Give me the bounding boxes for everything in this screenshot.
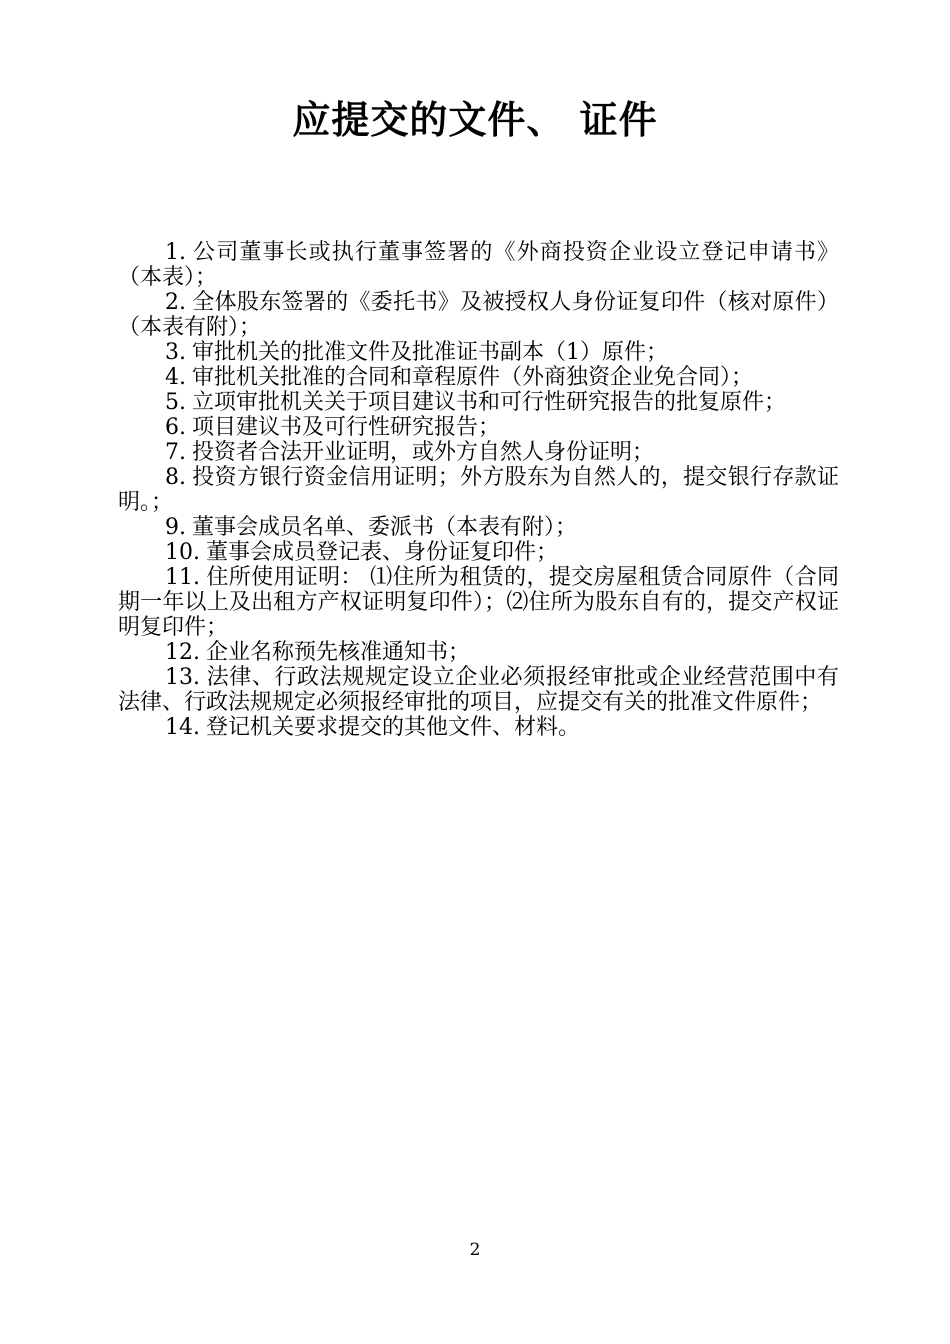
page-title: 应提交的文件、 证件 [0,98,950,142]
item-number: 6. [165,415,186,440]
page-number: 2 [0,1240,950,1260]
item-text: 项目建议书及可行性研究报告； [192,415,500,440]
item-number: 10. [165,540,200,565]
item-text: 立项审批机关关于项目建议书和可行性研究报告的批复原件； [192,390,786,415]
item-number: 9. [165,515,186,540]
item-text: 投资者合法开业证明，或外方自然人身份证明； [192,440,654,465]
document-item: 8.投资方银行资金信用证明；外方股东为自然人的，提交银行存款证明。； [118,465,839,515]
item-number: 7. [165,440,186,465]
document-item: 5.立项审批机关关于项目建议书和可行性研究报告的批复原件； [118,390,839,415]
document-item-list: 1.公司董事长或执行董事签署的《外商投资企业设立登记申请书》（本表）；2.全体股… [118,240,839,740]
item-number: 12. [165,640,200,665]
item-number: 3. [165,340,186,365]
document-item: 10.董事会成员登记表、身份证复印件； [118,540,839,565]
document-item: 1.公司董事长或执行董事签署的《外商投资企业设立登记申请书》（本表）； [118,240,839,290]
item-text: 登记机关要求提交的其他文件、材料。 [206,715,580,740]
item-text: 企业名称预先核准通知书； [206,640,470,665]
item-number: 5. [165,390,186,415]
item-text: 公司董事长或执行董事签署的《外商投资企业设立登记申请书》（本表）； [118,240,839,290]
item-number: 14. [165,715,200,740]
document-item: 11.住所使用证明： ⑴住所为租赁的，提交房屋租赁合同原件（合同期一年以上及出租… [118,565,839,640]
document-item: 4.审批机关批准的合同和章程原件（外商独资企业免合同）； [118,365,839,390]
item-text: 董事会成员登记表、身份证复印件； [206,540,558,565]
document-item: 13.法律、行政法规规定设立企业必须报经审批或企业经营范围中有法律、行政法规规定… [118,665,839,715]
document-page: 应提交的文件、 证件 1.公司董事长或执行董事签署的《外商投资企业设立登记申请书… [0,0,950,1344]
document-item: 7.投资者合法开业证明，或外方自然人身份证明； [118,440,839,465]
item-text: 法律、行政法规规定设立企业必须报经审批或企业经营范围中有法律、行政法规规定必须报… [118,665,839,715]
document-item: 9.董事会成员名单、委派书（本表有附）； [118,515,839,540]
item-number: 1. [165,240,186,265]
item-text: 审批机关的批准文件及批准证书副本（1）原件； [192,340,668,365]
item-number: 8. [165,465,186,490]
item-number: 2. [165,290,186,315]
item-text: 住所使用证明： ⑴住所为租赁的，提交房屋租赁合同原件（合同期一年以上及出租方产权… [118,565,839,640]
document-item: 3.审批机关的批准文件及批准证书副本（1）原件； [118,340,839,365]
item-number: 11. [165,565,200,590]
document-item: 6.项目建议书及可行性研究报告； [118,415,839,440]
document-item: 14.登记机关要求提交的其他文件、材料。 [118,715,839,740]
item-text: 审批机关批准的合同和章程原件（外商独资企业免合同）； [192,365,753,390]
document-item: 12.企业名称预先核准通知书； [118,640,839,665]
document-item: 2.全体股东签署的《委托书》及被授权人身份证复印件（核对原件）（本表有附）； [118,290,839,340]
item-number: 4. [165,365,186,390]
item-text: 全体股东签署的《委托书》及被授权人身份证复印件（核对原件）（本表有附）； [118,290,839,340]
item-text: 董事会成员名单、委派书（本表有附）； [192,515,577,540]
item-text: 投资方银行资金信用证明；外方股东为自然人的，提交银行存款证明。； [118,465,839,515]
item-number: 13. [165,665,200,690]
